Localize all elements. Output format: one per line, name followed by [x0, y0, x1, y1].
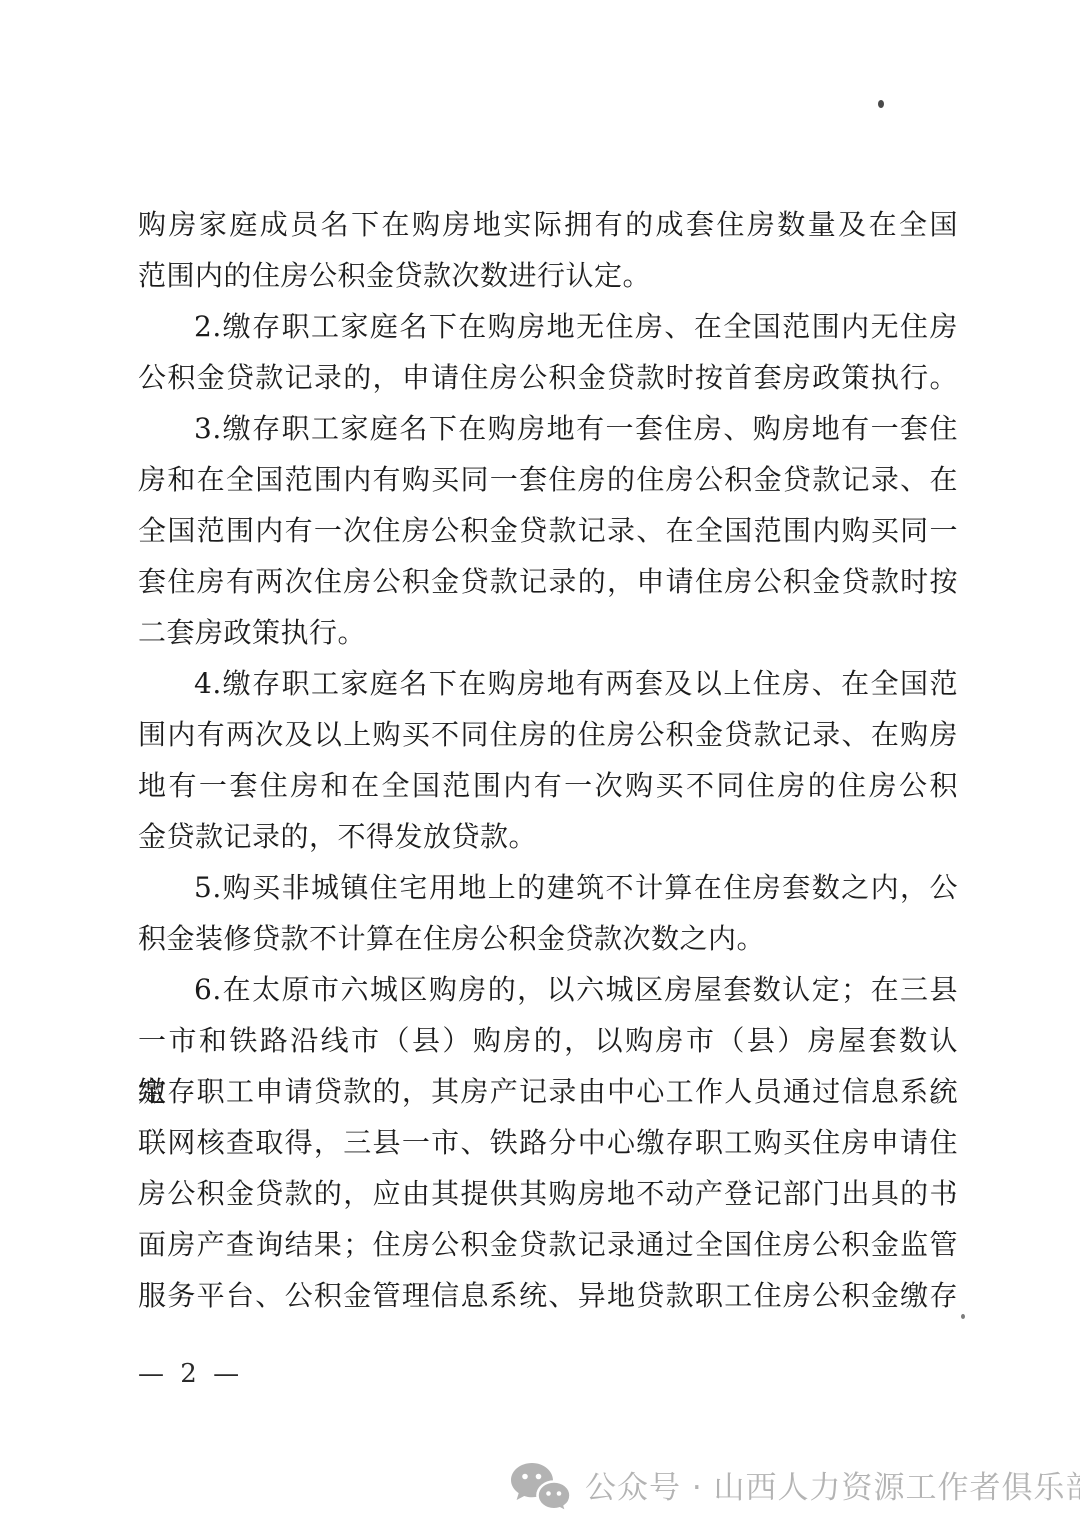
- text-line: 面房产查询结果；住房公积金贷款记录通过全国住房公积金监管: [138, 1219, 958, 1270]
- text-line: 5.购买非城镇住宅用地上的建筑不计算在住房套数之内，公: [138, 862, 958, 913]
- text-line: 联网核查取得，三县一市、铁路分中心缴存职工购买住房申请住: [138, 1117, 958, 1168]
- text-line: 购房家庭成员名下在购房地实际拥有的成套住房数量及在全国: [138, 199, 958, 250]
- text-line: 地有一套住房和在全国范围内有一次购买不同住房的住房公积: [138, 760, 958, 811]
- text-line: 金贷款记录的，不得发放贷款。: [138, 811, 958, 862]
- text-line: 积金装修贷款不计算在住房公积金贷款次数之内。: [138, 913, 958, 964]
- text-line: 全国范围内有一次住房公积金贷款记录、在全国范围内购买同一: [138, 505, 958, 556]
- text-line: 6.在太原市六城区购房的，以六城区房屋套数认定；在三县: [138, 964, 958, 1015]
- text-line: 4.缴存职工家庭名下在购房地有两套及以上住房、在全国范: [138, 658, 958, 709]
- text-line: 缴存职工申请贷款的，其房产记录由中心工作人员通过信息系统: [138, 1066, 958, 1117]
- text-line: 围内有两次及以上购买不同住房的住房公积金贷款记录、在购房: [138, 709, 958, 760]
- text-line: 服务平台、公积金管理信息系统、异地贷款职工住房公积金缴存: [138, 1270, 958, 1321]
- text-line: 公积金贷款记录的，申请住房公积金贷款时按首套房政策执行。: [138, 352, 958, 403]
- scan-speck: [878, 100, 884, 108]
- watermark-footer: 公众号 · 山西人力资源工作者俱乐部: [510, 1462, 1080, 1514]
- text-line: 二套房政策执行。: [138, 607, 958, 658]
- text-line: 房和在全国范围内有购买同一套住房的住房公积金贷款记录、在: [138, 454, 958, 505]
- text-line: 2.缴存职工家庭名下在购房地无住房、在全国范围内无住房: [138, 301, 958, 352]
- document-body: 购房家庭成员名下在购房地实际拥有的成套住房数量及在全国范围内的住房公积金贷款次数…: [138, 199, 958, 1321]
- text-line: 房公积金贷款的，应由其提供其购房地不动产登记部门出具的书: [138, 1168, 958, 1219]
- watermark-label: 公众号 · 山西人力资源工作者俱乐部: [585, 1462, 1080, 1514]
- text-line: 范围内的住房公积金贷款次数进行认定。: [138, 250, 958, 301]
- text-line: 套住房有两次住房公积金贷款记录的，申请住房公积金贷款时按: [138, 556, 958, 607]
- text-line: 一市和铁路沿线市（县）购房的，以购房市（县）房屋套数认定。: [138, 1015, 958, 1066]
- text-line: 3.缴存职工家庭名下在购房地有一套住房、购房地有一套住: [138, 403, 958, 454]
- page-number: — 2 —: [138, 1358, 243, 1390]
- wechat-icon: [510, 1462, 572, 1514]
- scan-speck: [961, 1314, 965, 1319]
- document-page: 购房家庭成员名下在购房地实际拥有的成套住房数量及在全国范围内的住房公积金贷款次数…: [0, 0, 1080, 1535]
